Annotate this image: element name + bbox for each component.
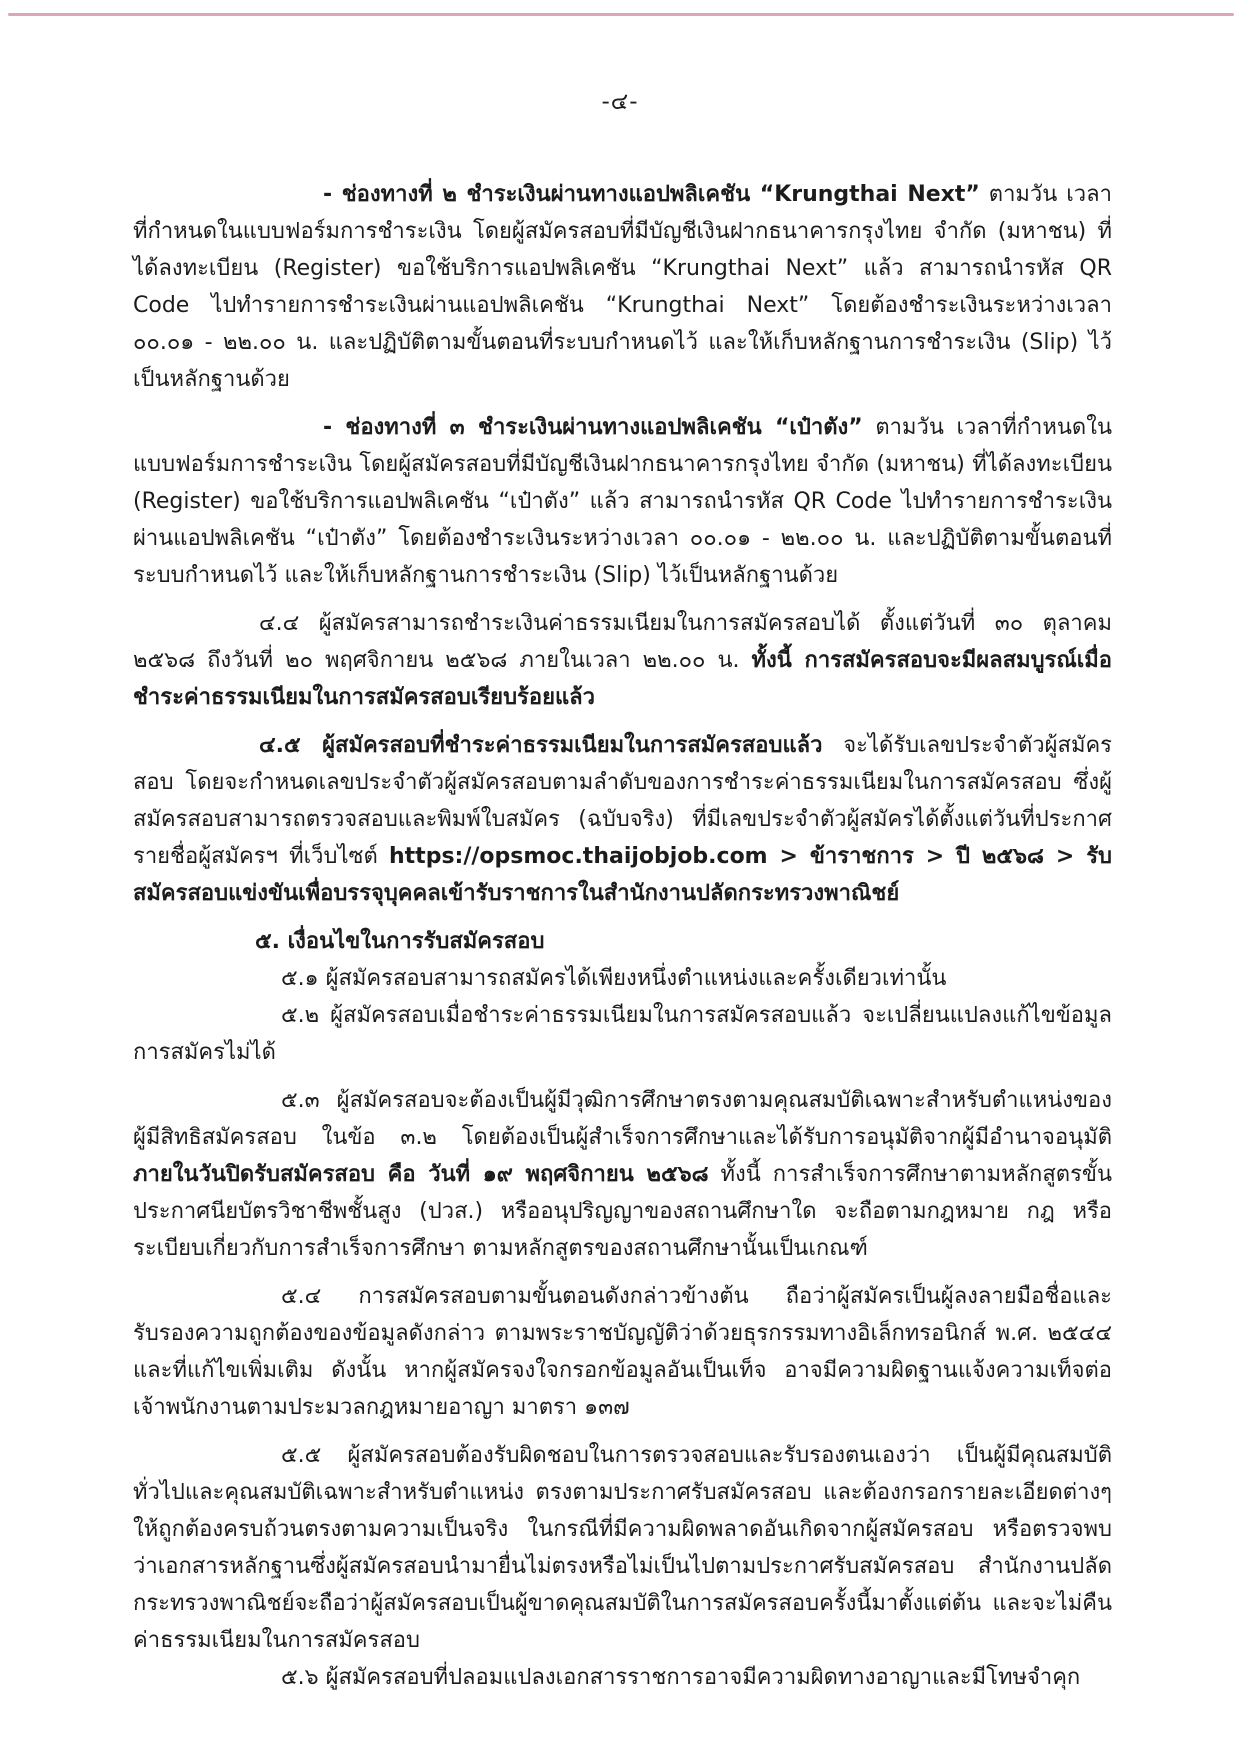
text-run: ๕.๕ ผู้สมัครสอบต้องรับผิดชอบในการตรวจสอบ… <box>133 1443 1112 1653</box>
text-run: - ช่องทางที่ ๓ ชำระเงินผ่านทางแอปพลิเคชั… <box>323 415 863 440</box>
paragraph-clause-4-4: ๔.๔ ผู้สมัครสามารถชำระเงินค่าธรรมเนียมใน… <box>133 605 1112 716</box>
text-run: ๕.๔ การสมัครสอบตามขั้นตอนดังกล่าวข้างต้น… <box>133 1284 1112 1420</box>
paragraph-clause-4-5: ๔.๕ ผู้สมัครสอบที่ชำระค่าธรรมเนียมในการส… <box>133 727 1112 912</box>
text-run: ภายในวันปิดรับสมัครสอบ คือ วันที่ ๑๙ พฤศ… <box>133 1162 709 1187</box>
paragraph-clause-5-4: ๕.๔ การสมัครสอบตามขั้นตอนดังกล่าวข้างต้น… <box>133 1278 1112 1426</box>
paragraph-section-5-heading: ๕. เงื่อนไขในการรับสมัครสอบ <box>133 923 1112 960</box>
text-run: ๔.๕ ผู้สมัครสอบที่ชำระค่าธรรมเนียมในการส… <box>259 733 822 758</box>
scan-artifact-line <box>8 13 1234 16</box>
paragraph-clause-5-3: ๕.๓ ผู้สมัครสอบจะต้องเป็นผู้มีวุฒิการศึก… <box>133 1082 1112 1267</box>
text-run: ๕. เงื่อนไขในการรับสมัครสอบ <box>255 929 544 954</box>
paragraph-payment-channel-3: - ช่องทางที่ ๓ ชำระเงินผ่านทางแอปพลิเคชั… <box>133 409 1112 594</box>
text-run: ตามวัน เวลาที่กำหนดในแบบฟอร์มการชำระเงิน… <box>133 415 1112 588</box>
text-run: ๕.๒ ผู้สมัครสอบเมื่อชำระค่าธรรมเนียมในกา… <box>133 1003 1112 1065</box>
text-run: ๕.๑ ผู้สมัครสอบสามารถสมัครได้เพียงหนึ่งต… <box>281 966 946 991</box>
paragraph-payment-channel-2: - ช่องทางที่ ๒ ชำระเงินผ่านทางแอปพลิเคชั… <box>133 176 1112 398</box>
paragraph-clause-5-6: ๕.๖ ผู้สมัครสอบที่ปลอมแปลงเอกสารราชการอา… <box>133 1659 1112 1696</box>
text-run: ๕.๓ ผู้สมัครสอบจะต้องเป็นผู้มีวุฒิการศึก… <box>133 1088 1112 1150</box>
document-body: - ช่องทางที่ ๒ ชำระเงินผ่านทางแอปพลิเคชั… <box>133 176 1112 1696</box>
text-run: - ช่องทางที่ ๒ ชำระเงินผ่านทางแอปพลิเคชั… <box>323 182 980 207</box>
text-run: ๕.๖ ผู้สมัครสอบที่ปลอมแปลงเอกสารราชการอา… <box>281 1665 1080 1690</box>
paragraph-clause-5-2: ๕.๒ ผู้สมัครสอบเมื่อชำระค่าธรรมเนียมในกา… <box>133 997 1112 1071</box>
page-number: -๔- <box>0 84 1240 120</box>
document-page: -๔- - ช่องทางที่ ๒ ชำระเงินผ่านทางแอปพลิ… <box>0 0 1240 1754</box>
paragraph-clause-5-1: ๕.๑ ผู้สมัครสอบสามารถสมัครได้เพียงหนึ่งต… <box>133 960 1112 997</box>
paragraph-clause-5-5: ๕.๕ ผู้สมัครสอบต้องรับผิดชอบในการตรวจสอบ… <box>133 1437 1112 1659</box>
text-run: ตามวัน เวลาที่กำหนดในแบบฟอร์มการชำระเงิน… <box>133 182 1112 392</box>
